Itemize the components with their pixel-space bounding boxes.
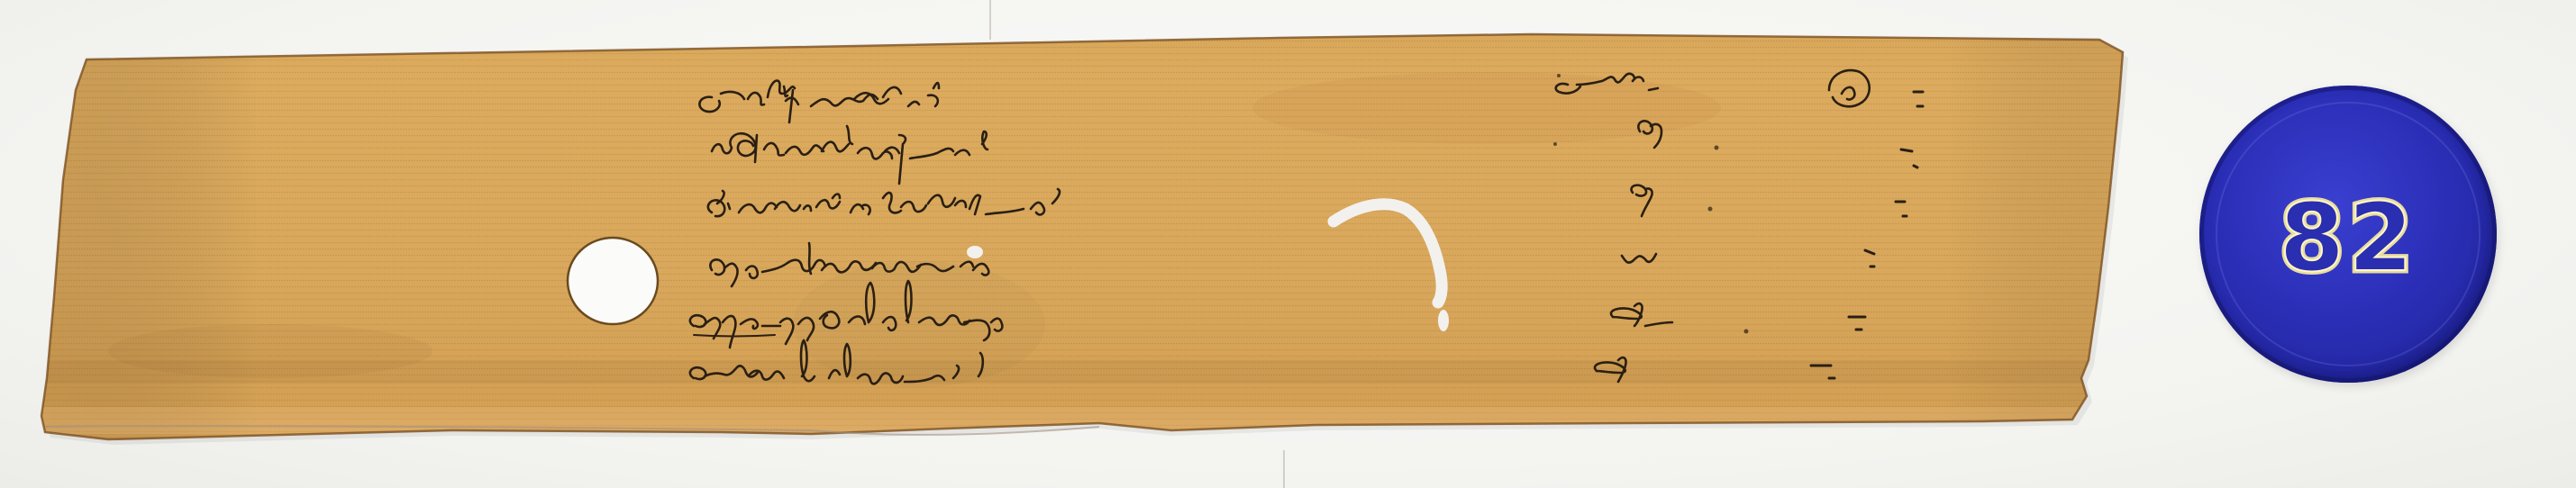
numeral-column [1556,70,1870,382]
catalogue-number-tag: 82 82 [2199,86,2497,383]
script-line-2 [712,126,988,184]
tag-number: 82 [2199,183,2497,293]
script-line-5 [690,281,1003,348]
script-line-1 [699,81,939,122]
script-line-3 [708,189,1060,216]
palm-leaf-manuscript [0,0,2162,488]
tick-column [1811,92,1923,378]
manuscript-text-block [0,0,2162,488]
script-line-4 [710,243,988,286]
photo-background: 82 82 [0,0,2576,488]
script-line-6 [690,340,983,384]
